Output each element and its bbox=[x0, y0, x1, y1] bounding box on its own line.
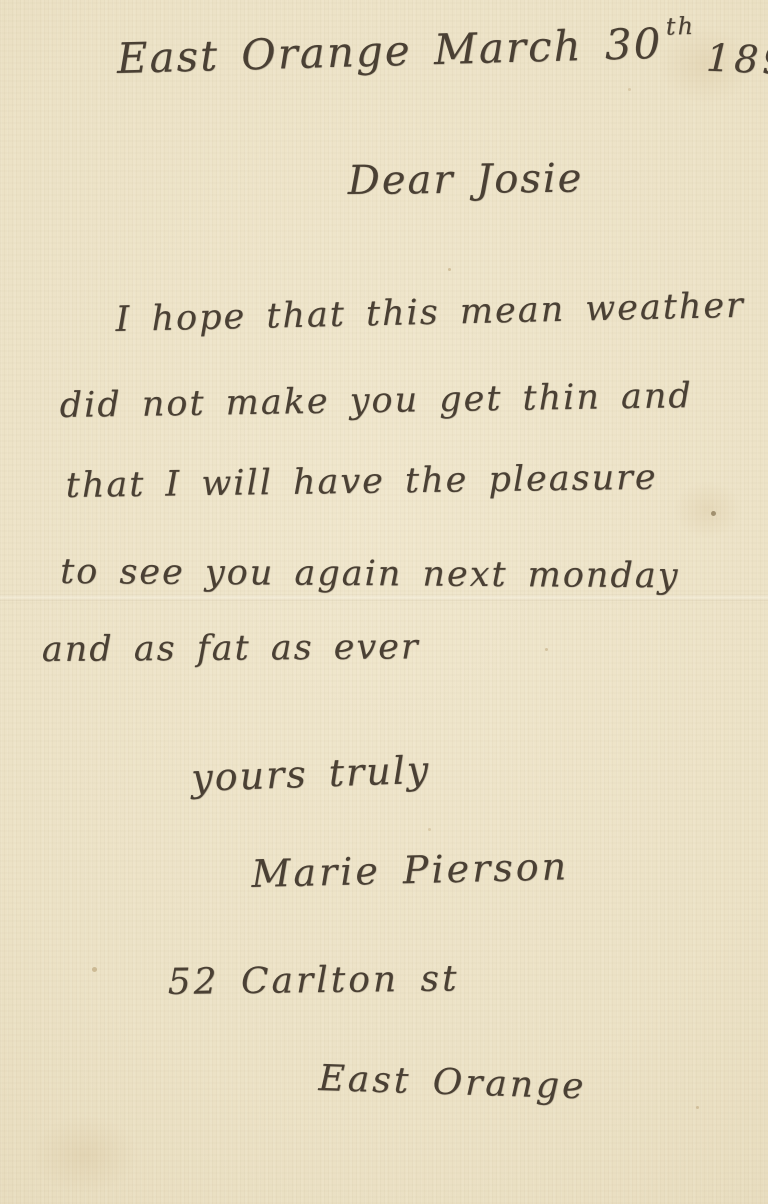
body-line-1: I hope that this mean weather bbox=[115, 286, 745, 340]
age-stain bbox=[10, 1100, 160, 1204]
body-line-3: that I will have the pleasure bbox=[65, 458, 657, 506]
body-line-5: and as fat as ever bbox=[42, 627, 420, 670]
address-line-2: East Orange bbox=[318, 1058, 587, 1107]
signature: Marie Pierson bbox=[251, 844, 570, 896]
body-line-2: did not make you get thin and bbox=[59, 376, 693, 426]
body-line-4: to see you again next monday bbox=[60, 552, 680, 596]
address-line-1: 52 Carlton st bbox=[167, 958, 459, 1003]
dateline-year: 1899 bbox=[705, 36, 768, 85]
age-stain bbox=[660, 470, 755, 550]
dateline-place-date: East Orange March 30 bbox=[116, 19, 663, 83]
foxing-specks bbox=[448, 268, 451, 271]
dateline-ordinal-suffix: th bbox=[665, 12, 695, 41]
letter-scan: East Orange March 30 th 1899 Dear Josie … bbox=[0, 0, 768, 1204]
salutation: Dear Josie bbox=[348, 156, 584, 204]
closing: yours truly bbox=[190, 748, 430, 800]
